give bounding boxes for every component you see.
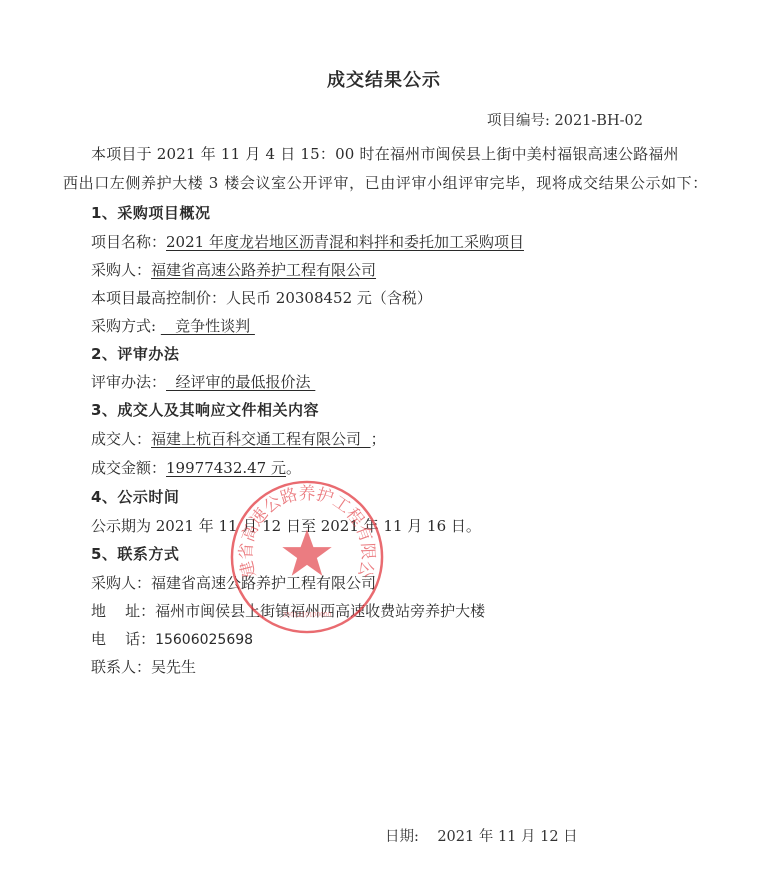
phone-label: 电 话： [91,630,155,648]
section-heading-4: 4、公示时间 [91,486,179,507]
project-number: 项目编号: 2021-BH-02 [487,109,643,130]
publicity-period-row: 公示期为 2021 年 11 月 12 日至 2021 年 11 月 16 日。 [91,515,481,536]
max-price-row: 本项目最高控制价：人民币 20308452 元（含税） [91,287,432,308]
section-heading-3: 3、成交人及其响应文件相关内容 [91,399,319,420]
winning-amount-suffix: 。 [286,459,301,477]
max-price-value: 人民币 20308452 元（含税） [226,289,432,307]
document-title: 成交结果公示 [0,66,768,92]
contact-person-label: 联系人： [91,658,151,676]
evaluation-method-value: 经评审的最低报价法 [166,373,315,391]
address-value: 福州市闽侯县上街镇福州西高速收费站旁养护大楼 [155,602,485,620]
date-value: 2021 年 11 月 12 日 [437,829,577,845]
section-heading-5: 5、联系方式 [91,543,179,564]
contact-person-row: 联系人：吴先生 [91,656,196,677]
section-heading-2: 2、评审办法 [91,343,179,364]
project-number-value: 2021-BH-02 [555,113,643,129]
winning-amount-row: 成交金额：19977432.47 元。 [91,457,301,478]
evaluation-method-row: 评审办法： 经评审的最低报价法 [91,371,315,392]
date-label: 日期: [385,829,419,845]
procurement-method-value: 竞争性谈判 [161,317,255,335]
winning-amount-label: 成交金额： [91,459,166,477]
contact-purchaser-row: 采购人：福建省高速公路养护工程有限公司 [91,572,376,593]
phone-row: 电 话：15606025698 [91,628,253,649]
purchaser-value: 福建省高速公路养护工程有限公司 [151,261,376,279]
max-price-label: 本项目最高控制价： [91,289,226,307]
contact-purchaser-label: 采购人： [91,574,151,592]
intro-line-2: 西出口左侧养护大楼 3 楼会议室公开评审，已由评审小组评审完毕，现将成交结果公示… [63,172,708,193]
procurement-method-label: 采购方式: [91,317,161,335]
winning-bidder-value: 福建上杭百科交通工程有限公司 [151,430,371,448]
project-name-value: 2021 年度龙岩地区沥青混和料拌和委托加工采购项目 [166,233,524,251]
intro-line-1: 本项目于 2021 年 11 月 4 日 15：00 时在福州市闽侯县上街中美村… [91,143,679,164]
phone-value: 15606025698 [155,632,253,648]
project-name-label: 项目名称： [91,233,166,251]
project-number-label: 项目编号: [487,113,550,129]
winning-amount-value: 19977432.47 元 [166,459,286,477]
project-name-row: 项目名称：2021 年度龙岩地区沥青混和料拌和委托加工采购项目 [91,231,524,252]
winning-bidder-row: 成交人：福建上杭百科交通工程有限公司 ； [91,428,386,449]
address-label: 地 址： [91,602,155,620]
purchaser-label: 采购人： [91,261,151,279]
section-heading-1: 1、采购项目概况 [91,202,210,223]
procurement-method-row: 采购方式: 竞争性谈判 [91,315,255,336]
address-row: 地 址：福州市闽侯县上街镇福州西高速收费站旁养护大楼 [91,600,485,621]
winning-bidder-suffix: ； [371,430,386,448]
contact-person-value: 吴先生 [151,658,196,676]
purchaser-row: 采购人：福建省高速公路养护工程有限公司 [91,259,376,280]
winning-bidder-label: 成交人： [91,430,151,448]
date-line: 日期: 2021 年 11 月 12 日 [385,825,578,846]
evaluation-method-label: 评审办法： [91,373,166,391]
contact-purchaser-value: 福建省高速公路养护工程有限公司 [151,574,376,592]
seal-star-icon [282,529,331,575]
